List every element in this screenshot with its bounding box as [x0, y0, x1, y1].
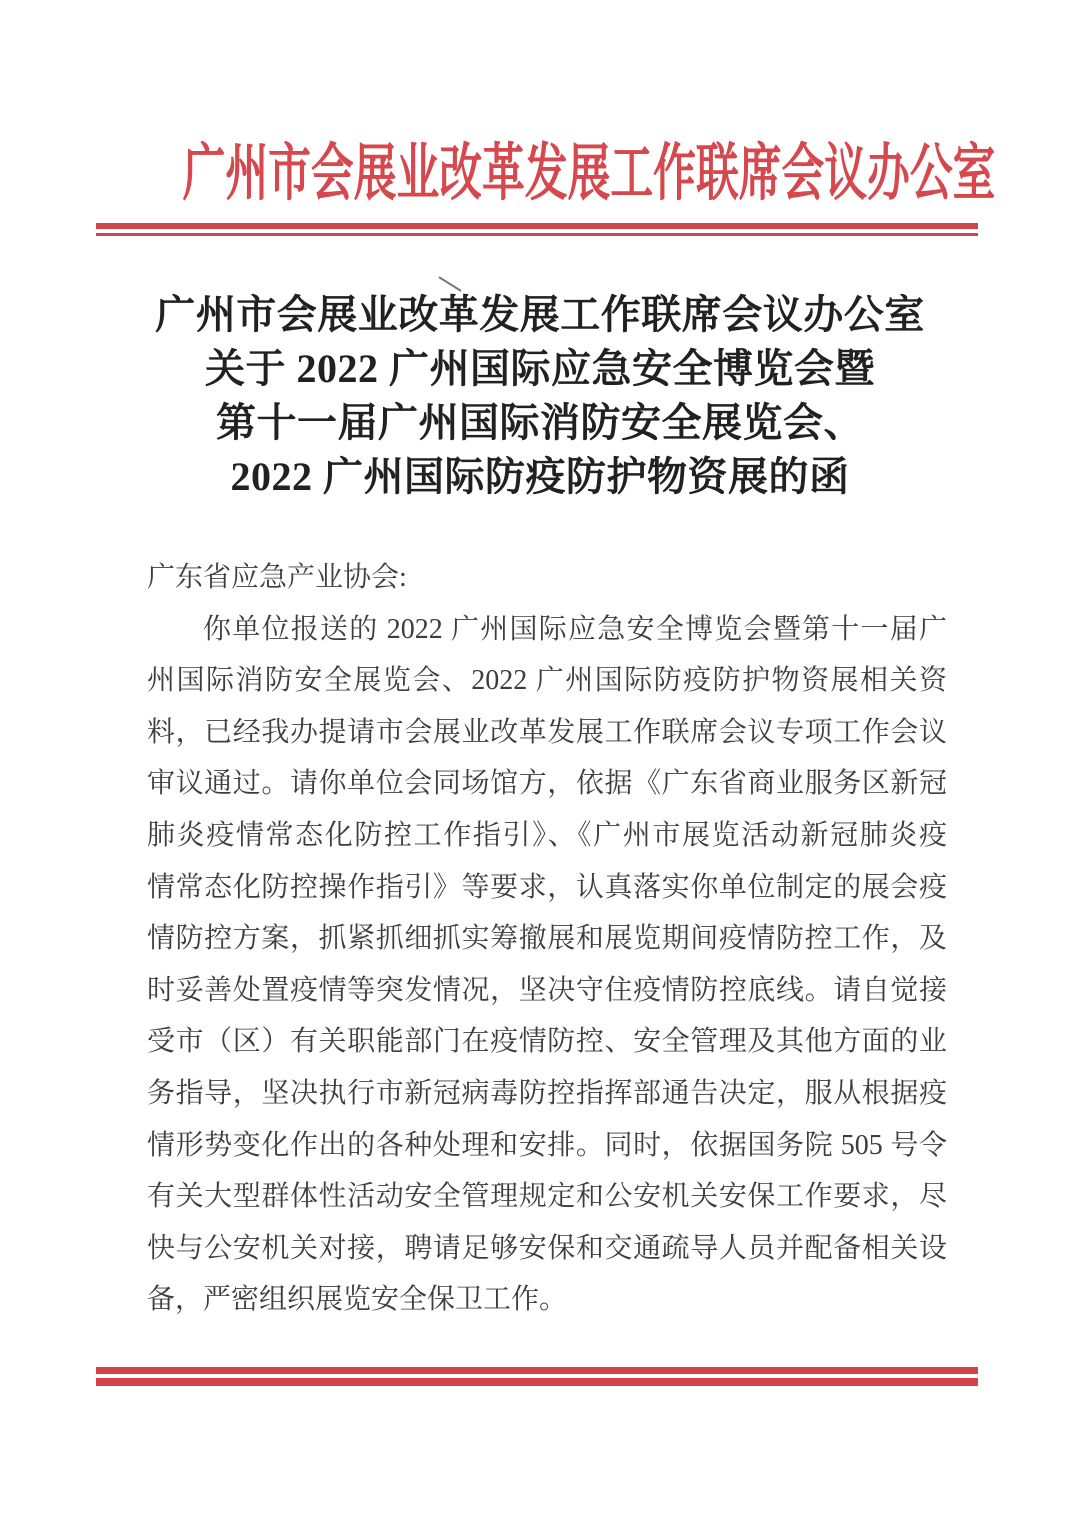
footer-divider-lower-rule [96, 1378, 978, 1386]
body-line: 肺炎疫情常态化防控工作指引》、《广州市展览活动新冠肺炎疫 [147, 810, 947, 862]
salutation: 广东省应急产业协会: [147, 552, 947, 604]
document-title: 广州市会展业改革发展工作联席会议办公室 关于 2022 广州国际应急安全博览会暨… [90, 288, 990, 504]
title-line-1: 广州市会展业改革发展工作联席会议办公室 [90, 288, 990, 342]
body-line: 州国际消防安全展览会、2022 广州国际防疫防护物资展相关资 [147, 655, 947, 707]
title-line-2: 关于 2022 广州国际应急安全博览会暨 [90, 342, 990, 396]
body-line: 快与公安机关对接，聘请足够安保和交通疏导人员并配备相关设 [147, 1223, 947, 1275]
body-line: 情形势变化作出的各种处理和安排。同时，依据国务院 505 号令 [147, 1120, 947, 1172]
body-line: 情常态化防控操作指引》等要求，认真落实你单位制定的展会疫 [147, 862, 947, 914]
body-line: 情防控方案，抓紧抓细抓实筹撤展和展览期间疫情防控工作，及 [147, 913, 947, 965]
title-line-4: 2022 广州国际防疫防护物资展的函 [90, 450, 990, 504]
title-line-3: 第十一届广州国际消防安全展览会、 [90, 396, 990, 450]
letterhead-divider-thick-rule [96, 223, 978, 229]
scanned-document-page: 广州市会展业改革发展工作联席会议办公室 广州市会展业改革发展工作联席会议办公室 … [0, 0, 1080, 1526]
letterhead-org-name: 广州市会展业改革发展工作联席会议办公室 [0, 138, 1080, 210]
body-line: 审议通过。请你单位会同场馆方，依据《广东省商业服务区新冠 [147, 758, 947, 810]
footer-divider-upper-rule [96, 1367, 978, 1374]
letterhead-divider-thin-rule [96, 233, 978, 236]
body-line: 有关大型群体性活动安全管理规定和公安机关安保工作要求，尽 [147, 1171, 947, 1223]
letterhead-org-name-text: 广州市会展业改革发展工作联席会议办公室 [183, 138, 996, 210]
body-line: 料，已经我办提请市会展业改革发展工作联席会议专项工作会议 [147, 707, 947, 759]
body-line-last: 备，严密组织展览安全保卫工作。 [147, 1274, 947, 1326]
body-line: 时妥善处置疫情等突发情况，坚决守住疫情防控底线。请自觉接 [147, 965, 947, 1017]
body-line: 受市（区）有关职能部门在疫情防控、安全管理及其他方面的业 [147, 1016, 947, 1068]
body-line: 务指导，坚决执行市新冠病毒防控指挥部通告决定，服从根据疫 [147, 1068, 947, 1120]
body-line: 你单位报送的 2022 广州国际应急安全博览会暨第十一届广 [147, 604, 947, 656]
document-body: 广东省应急产业协会: 你单位报送的 2022 广州国际应急安全博览会暨第十一届广… [147, 552, 947, 1326]
